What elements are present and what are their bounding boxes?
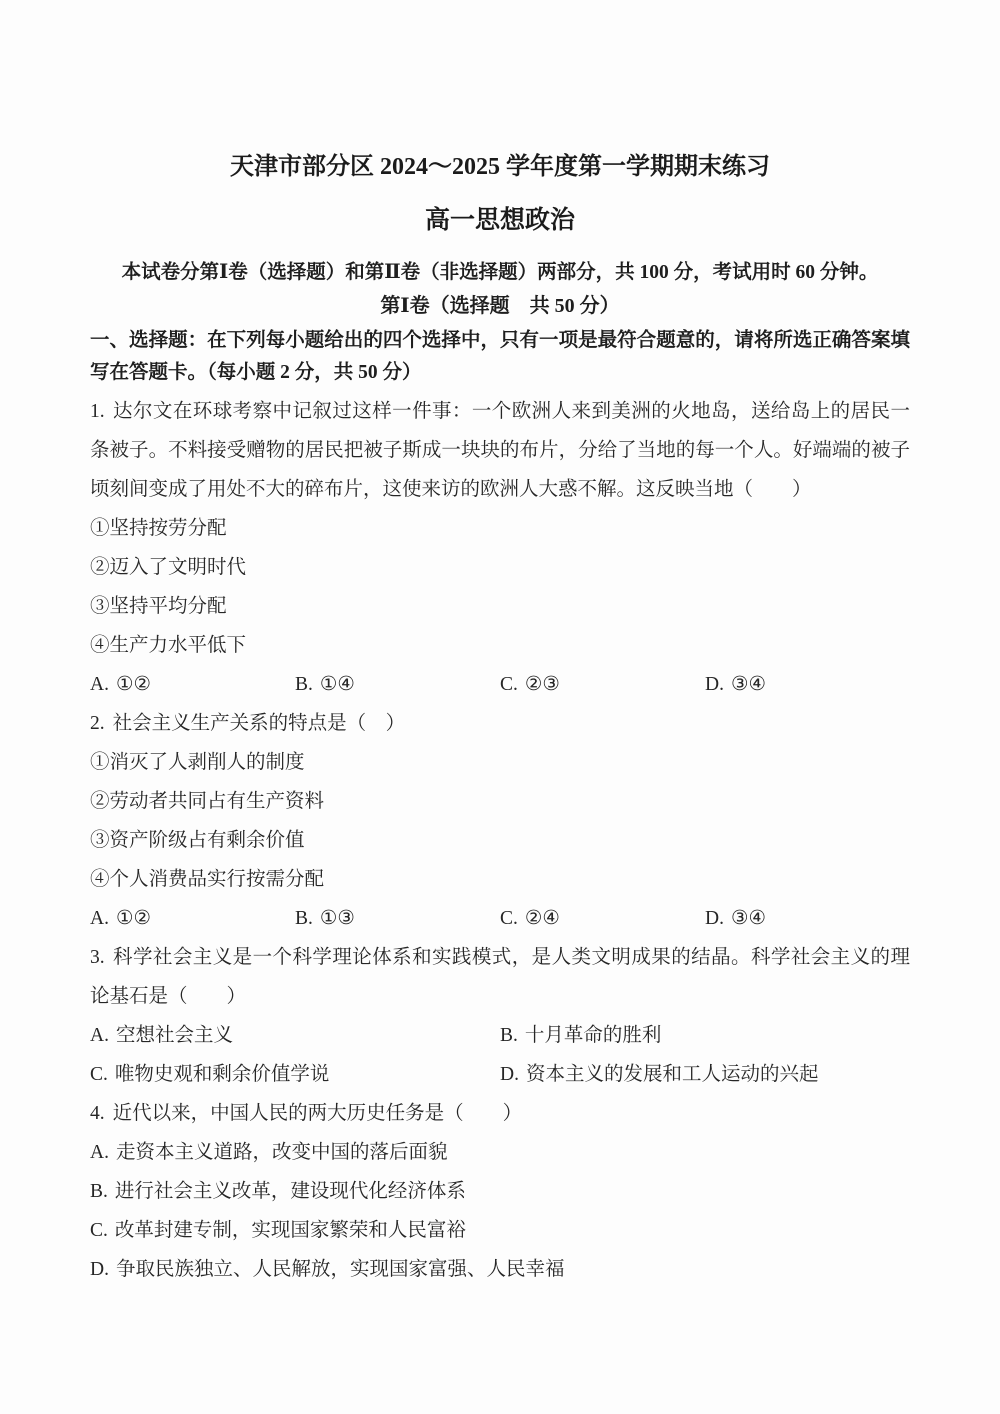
option-item: B.进行社会主义改革，建设现代化经济体系 bbox=[90, 1172, 910, 1211]
question-stem-text: 达尔文在环球考察中记叙过这样一件事：一个欧洲人来到美洲的火地岛，送给岛上的居民一… bbox=[90, 401, 910, 500]
question-stem: 3.科学社会主义是一个科学理论体系和实践模式，是人类文明成果的结晶。科学社会主义… bbox=[90, 938, 910, 1016]
option-text: 空想社会主义 bbox=[116, 1025, 233, 1046]
option-label: B. bbox=[295, 908, 313, 929]
option-label: C. bbox=[500, 908, 518, 929]
option-text: 进行社会主义改革，建设现代化经济体系 bbox=[115, 1181, 466, 1202]
option-label: D. bbox=[705, 674, 724, 695]
exam-info: 本试卷分第Ⅰ卷（选择题）和第Ⅱ卷（非选择题）两部分，共 100 分，考试用时 6… bbox=[90, 259, 910, 287]
option-text: 走资本主义道路，改变中国的落后面貌 bbox=[116, 1142, 448, 1163]
question-stem-text: 社会主义生产关系的特点是（ ） bbox=[113, 713, 406, 734]
question-number: 2. bbox=[90, 713, 105, 734]
option-item: D.争取民族独立、人民解放，实现国家富强、人民幸福 bbox=[90, 1250, 910, 1289]
option-text: 十月革命的胜利 bbox=[525, 1025, 662, 1046]
option-label: D. bbox=[500, 1064, 519, 1085]
question-number: 1. bbox=[90, 401, 105, 422]
option-item: C.②④ bbox=[500, 899, 705, 938]
option-text: ②③ bbox=[525, 674, 560, 695]
question-number: 3. bbox=[90, 947, 105, 968]
page-content: 天津市部分区 2024～2025 学年度第一学期期末练习 高一思想政治 本试卷分… bbox=[90, 152, 910, 1289]
section-heading: 第Ⅰ卷（选择题 共 50 分） bbox=[90, 292, 910, 320]
option-item: C.改革封建专制，实现国家繁荣和人民富裕 bbox=[90, 1211, 910, 1250]
question-list: 1.达尔文在环球考察中记叙过这样一件事：一个欧洲人来到美洲的火地岛，送给岛上的居… bbox=[90, 392, 910, 1289]
question-stem-text: 科学社会主义是一个科学理论体系和实践模式，是人类文明成果的结晶。科学社会主义的理… bbox=[90, 947, 910, 1007]
option-item: C.②③ bbox=[500, 665, 705, 704]
option-item: A.走资本主义道路，改变中国的落后面貌 bbox=[90, 1133, 910, 1172]
option-item: A.①② bbox=[90, 665, 295, 704]
option-text: ③④ bbox=[731, 908, 766, 929]
option-text: 改革封建专制，实现国家繁荣和人民富裕 bbox=[115, 1220, 466, 1241]
option-label: B. bbox=[295, 674, 313, 695]
option-label: A. bbox=[90, 908, 109, 929]
statement-item: ②迈入了文明时代 bbox=[90, 548, 910, 587]
option-item: D.资本主义的发展和工人运动的兴起 bbox=[500, 1055, 910, 1094]
option-text: ③④ bbox=[731, 674, 766, 695]
question-stem: 1.达尔文在环球考察中记叙过这样一件事：一个欧洲人来到美洲的火地岛，送给岛上的居… bbox=[90, 392, 910, 509]
question-3: 3.科学社会主义是一个科学理论体系和实践模式，是人类文明成果的结晶。科学社会主义… bbox=[90, 938, 910, 1094]
option-text: ①④ bbox=[320, 674, 355, 695]
question-stem: 4.近代以来，中国人民的两大历史任务是（ ） bbox=[90, 1094, 910, 1133]
statement-item: ③坚持平均分配 bbox=[90, 587, 910, 626]
option-label: D. bbox=[705, 908, 724, 929]
option-item: C.唯物史观和剩余价值学说 bbox=[90, 1055, 500, 1094]
exam-title: 天津市部分区 2024～2025 学年度第一学期期末练习 bbox=[90, 152, 910, 182]
options-row: A.①② B.①③ C.②④ D.③④ bbox=[90, 899, 910, 938]
option-label: A. bbox=[90, 1142, 109, 1163]
option-item: A.①② bbox=[90, 899, 295, 938]
option-text: 资本主义的发展和工人运动的兴起 bbox=[526, 1064, 819, 1085]
exam-subtitle: 高一思想政治 bbox=[90, 206, 910, 236]
statement-item: ③资产阶级占有剩余价值 bbox=[90, 821, 910, 860]
option-label: A. bbox=[90, 674, 109, 695]
question-1: 1.达尔文在环球考察中记叙过这样一件事：一个欧洲人来到美洲的火地岛，送给岛上的居… bbox=[90, 392, 910, 704]
options-list: A.走资本主义道路，改变中国的落后面貌 B.进行社会主义改革，建设现代化经济体系… bbox=[90, 1133, 910, 1289]
options-grid: A.空想社会主义 B.十月革命的胜利 C.唯物史观和剩余价值学说 D.资本主义的… bbox=[90, 1016, 910, 1094]
option-label: C. bbox=[90, 1064, 108, 1085]
question-stem: 2.社会主义生产关系的特点是（ ） bbox=[90, 704, 910, 743]
option-label: D. bbox=[90, 1259, 109, 1280]
option-label: C. bbox=[500, 674, 518, 695]
option-label: C. bbox=[90, 1220, 108, 1241]
statement-item: ④生产力水平低下 bbox=[90, 626, 910, 665]
option-item: D.③④ bbox=[705, 665, 910, 704]
option-label: A. bbox=[90, 1025, 109, 1046]
option-label: B. bbox=[90, 1181, 108, 1202]
option-item: D.③④ bbox=[705, 899, 910, 938]
statement-item: ②劳动者共同占有生产资料 bbox=[90, 782, 910, 821]
option-label: B. bbox=[500, 1025, 518, 1046]
option-text: ②④ bbox=[525, 908, 560, 929]
question-stem-text: 近代以来，中国人民的两大历史任务是（ ） bbox=[113, 1103, 523, 1124]
exam-paper-page: 天津市部分区 2024～2025 学年度第一学期期末练习 高一思想政治 本试卷分… bbox=[0, 0, 1000, 1414]
statement-item: ①消灭了人剥削人的制度 bbox=[90, 743, 910, 782]
option-item: B.①④ bbox=[295, 665, 500, 704]
instruction-text: 一、选择题：在下列每小题给出的四个选择中，只有一项是最符合题意的，请将所选正确答… bbox=[90, 325, 910, 389]
option-item: B.十月革命的胜利 bbox=[500, 1016, 910, 1055]
question-number: 4. bbox=[90, 1103, 105, 1124]
option-text: ①② bbox=[116, 908, 151, 929]
option-text: ①② bbox=[116, 674, 151, 695]
statement-item: ④个人消费品实行按需分配 bbox=[90, 860, 910, 899]
option-item: B.①③ bbox=[295, 899, 500, 938]
options-row: A.①② B.①④ C.②③ D.③④ bbox=[90, 665, 910, 704]
option-item: A.空想社会主义 bbox=[90, 1016, 500, 1055]
option-text: 唯物史观和剩余价值学说 bbox=[115, 1064, 330, 1085]
question-4: 4.近代以来，中国人民的两大历史任务是（ ） A.走资本主义道路，改变中国的落后… bbox=[90, 1094, 910, 1289]
option-text: 争取民族独立、人民解放，实现国家富强、人民幸福 bbox=[116, 1259, 565, 1280]
option-text: ①③ bbox=[320, 908, 355, 929]
statement-item: ①坚持按劳分配 bbox=[90, 509, 910, 548]
question-2: 2.社会主义生产关系的特点是（ ） ①消灭了人剥削人的制度 ②劳动者共同占有生产… bbox=[90, 704, 910, 938]
